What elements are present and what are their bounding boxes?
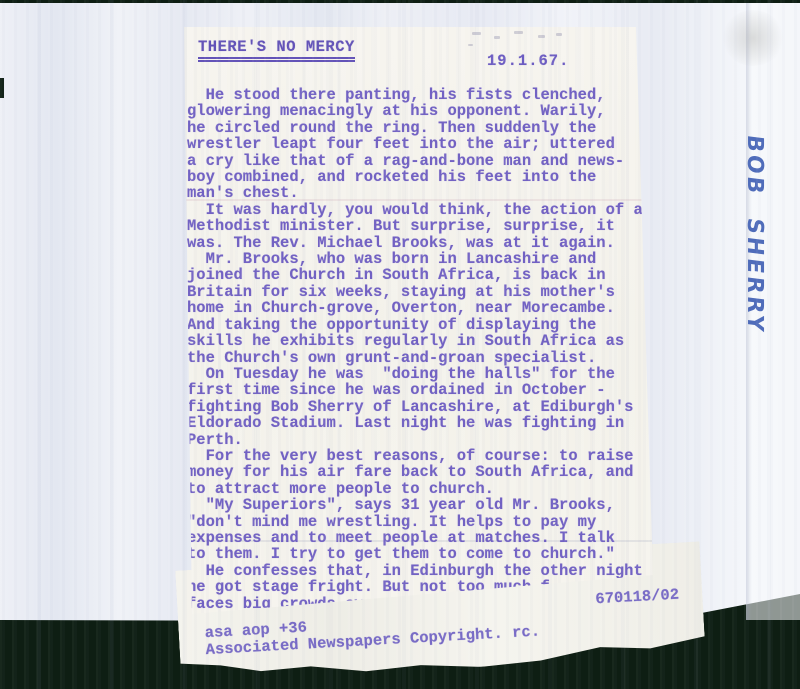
typed-line: was. The Rev. Michael Brooks, was at it …	[187, 235, 649, 251]
date-stamp: 19.1.67.	[487, 52, 569, 70]
erased-mark	[514, 31, 523, 34]
erased-mark	[538, 35, 545, 38]
typed-line: fighting Bob Sherry of Lancashire, at Ed…	[187, 399, 649, 415]
typed-line: On Tuesday he was "doing the halls" for …	[187, 366, 649, 382]
typed-line: Perth.	[187, 432, 649, 448]
annotation-word: SHERRY	[742, 216, 767, 335]
typed-line: He confesses that, in Edinburgh the othe…	[187, 563, 649, 579]
typed-line: It was hardly, you would think, the acti…	[187, 202, 649, 218]
typed-line: joined the Church in South Africa, is ba…	[187, 267, 649, 283]
typed-line: skills he exhibits regularly in South Af…	[187, 333, 649, 349]
handwritten-annotation: BOBSHERRY	[764, 92, 792, 307]
typed-line: And taking the opportunity of displaying…	[187, 317, 649, 333]
typed-caption-sheet: THERE'S NO MERCY 19.1.67. He stood there…	[184, 27, 653, 619]
typed-line: a cry like that of a rag-and-bone man an…	[187, 153, 649, 169]
typed-line: money for his air fare back to South Afr…	[187, 464, 649, 480]
typed-line: to them. I try to get them to come to ch…	[187, 546, 649, 562]
typed-line: he circled round the ring. Then suddenly…	[187, 120, 649, 136]
typed-line: Eldorado Stadium. Last night he was figh…	[187, 415, 649, 431]
typed-line: "My Superiors", says 31 year old Mr. Bro…	[187, 497, 649, 513]
typed-line: Britain for six weeks, staying at his mo…	[187, 284, 649, 300]
erased-mark	[556, 33, 562, 36]
typed-line: Mr. Brooks, who was born in Lancashire a…	[187, 251, 649, 267]
typed-line: to attract more people to church.	[187, 481, 649, 497]
caption-body: He stood there panting, his fists clench…	[187, 87, 649, 612]
grey-smudge	[722, 10, 784, 66]
headline: THERE'S NO MERCY	[198, 38, 355, 62]
erased-mark	[468, 44, 473, 46]
typed-line: wrestler leapt four feet into the air; u…	[187, 136, 649, 152]
typed-line: For the very best reasons, of course: to…	[187, 448, 649, 464]
erased-mark	[494, 36, 500, 39]
typed-line: glowering menacingly at his opponent. Wa…	[187, 103, 649, 119]
typed-line: man's chest.	[187, 185, 649, 201]
typed-line: home in Church-grove, Overton, near More…	[187, 300, 649, 316]
typed-line: expenses and to meet people at matches. …	[187, 530, 649, 546]
typed-line: He stood there panting, his fists clench…	[187, 87, 649, 103]
typed-line: first time since he was ordained in Octo…	[187, 382, 649, 398]
erased-mark	[472, 32, 481, 35]
typed-line: the Church's own grunt-and-groan special…	[187, 350, 649, 366]
annotation-word: BOB	[742, 133, 767, 197]
typed-line: Methodist minister. But surprise, surpri…	[187, 218, 649, 234]
scanned-press-photo-back: 670118/02 asa aop +36 Associated Newspap…	[0, 0, 800, 689]
typed-line: "don't mind me wrestling. It helps to pa…	[187, 514, 649, 530]
typed-line: boy combined, and rocketed his feet into…	[187, 169, 649, 185]
edge-notch	[0, 78, 4, 98]
negative-number: 670118/02	[595, 587, 679, 608]
